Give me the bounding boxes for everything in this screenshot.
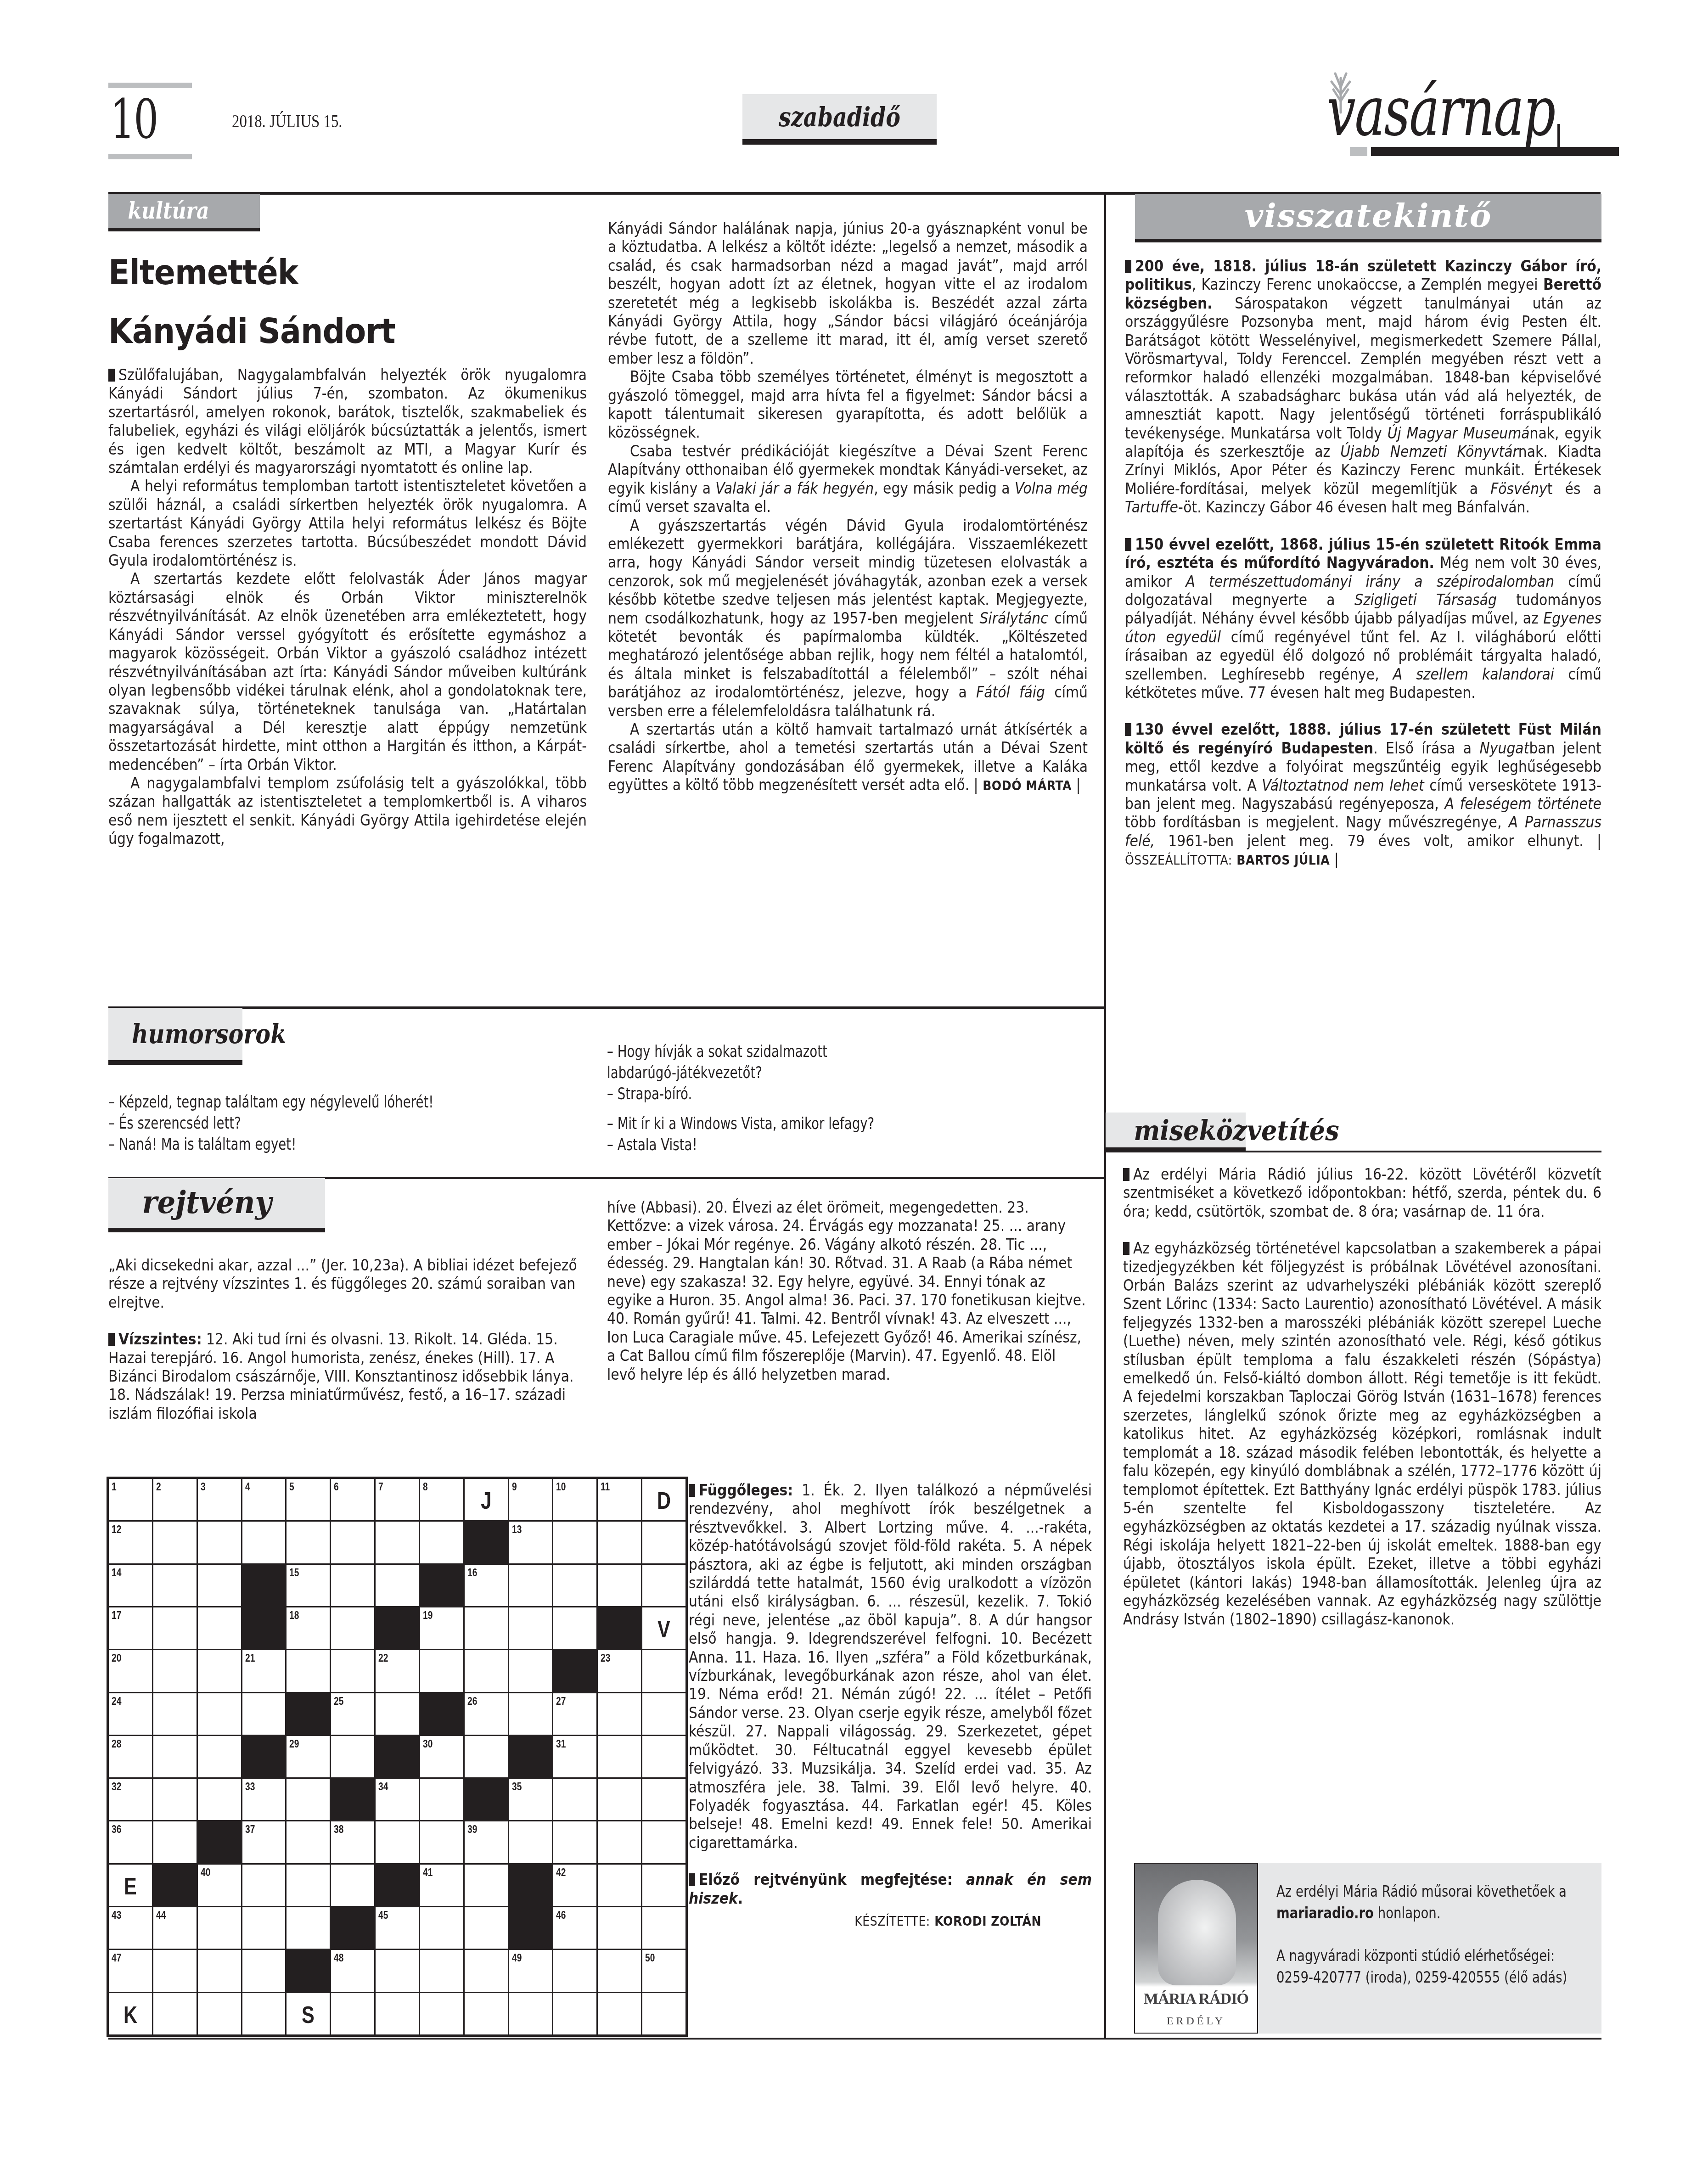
joke-3: – Mit ír ki a Windows Vista, amikor lefa… [607,1113,874,1156]
crossword-cell[interactable] [242,1950,286,1991]
crossword-clue-number: 8 [423,1482,428,1493]
article-paragraph: Böjte Csaba több személyes történetet, é… [608,368,1088,442]
crossword-cell[interactable]: 27 [553,1693,596,1735]
crossword-cell[interactable] [287,1779,330,1820]
crossword-cell[interactable]: 23 [598,1650,641,1691]
crossword-cell[interactable] [420,1950,463,1991]
crossword-clue-number: 18 [289,1610,299,1621]
paragraph-marker-icon [108,369,115,382]
retro-item: 200 éve, 1818. július 18-án született Ka… [1125,257,1601,517]
article-paragraph: Csaba testvér prédikációját kiegészítve … [608,442,1088,517]
article-paragraph: A szertartás kezdete előtt felolvasták Á… [108,570,587,774]
radio-ad: MÁRIA RÁDIÓ ERDÉLY Az erdélyi Mária Rádi… [1134,1863,1601,2034]
crossword-cell[interactable] [598,1693,641,1735]
crossword-cell[interactable]: 42 [553,1865,596,1906]
crossword-cell[interactable] [287,1522,330,1563]
crossword-clue-number: 5 [289,1482,294,1493]
crossword-cell[interactable] [198,1607,241,1649]
crossword-cell[interactable] [509,1821,552,1863]
crossword-block [242,1736,286,1777]
crossword-cell[interactable] [642,1821,685,1863]
brand-bar [1371,147,1619,156]
brand-name: vasárnap [1327,77,1555,146]
column-divider-puzzle [1104,1175,1106,2039]
crossword-block [598,1607,641,1649]
crossword-cell[interactable]: 43 [109,1907,152,1949]
puzzle-clues-down: Függőleges: 1. Ék. 2. Ilyen találkozó a … [689,1481,1092,1931]
crossword-block [420,1693,463,1735]
crossword-cell[interactable]: 46 [553,1907,596,1949]
crossword-cell[interactable] [642,1522,685,1563]
crossword-clue-number: 39 [467,1824,477,1835]
crossword-cell[interactable] [376,1522,419,1563]
crossword-cell[interactable] [331,1565,374,1606]
crossword-cell[interactable] [598,1993,641,2034]
puzzle-across: Vízszintes: 12. Aki tud írni és olvasni.… [108,1330,587,1423]
section-tab: szabadidő [742,94,937,145]
crossword-cell[interactable] [509,1650,552,1691]
paragraph-marker-icon [1125,260,1131,273]
paragraph-marker-icon [1125,538,1131,551]
crossword-cell[interactable] [198,1650,241,1691]
crossword-clue-number: 50 [645,1953,655,1964]
crossword-cell[interactable] [242,1865,286,1906]
paragraph-marker-icon [1125,723,1131,736]
crossword-clue-number: 44 [156,1910,166,1921]
crossword-cell[interactable]: 49 [509,1950,552,1991]
radio-contact: A nagyváradi központi stúdió elérhetőség… [1276,1945,1590,1989]
crossword-cell[interactable] [465,1607,508,1649]
crossword-cell[interactable] [331,1993,374,2034]
crossword-given-letter: S [291,2003,326,2027]
paragraph-marker-icon [1123,1242,1129,1255]
crossword-clue-number: 1 [112,1482,117,1493]
crossword-cell[interactable]: 14 [109,1565,152,1606]
crossword-cell[interactable] [553,1821,596,1863]
crossword-clue-number: 32 [112,1781,121,1793]
brand-logo: vasárnap [1327,69,1621,161]
crossword-grid[interactable]: 12345678J91011D1213141516171819V20212223… [107,1477,688,2037]
crossword-cell[interactable]: 26 [465,1693,508,1735]
mass-paragraph: Az egyházközség történetével kapcsolatba… [1123,1239,1601,1629]
section-label-retro: visszatekintő [1135,194,1601,242]
paragraph-marker-icon [689,1484,695,1497]
crossword-clue-number: 24 [112,1696,121,1707]
crossword-cell[interactable] [287,1821,330,1863]
crossword-clue-number: 36 [112,1824,121,1835]
crossword-cell[interactable]: J [465,1479,508,1520]
crossword-cell[interactable] [598,1865,641,1906]
crossword-cell[interactable]: 30 [420,1736,463,1777]
section-name: szabadidő [779,94,900,140]
crossword-clue-number: 30 [423,1739,433,1750]
puzzle-across-continued: híve (Abbasi). 20. Élvezi az élet örömei… [607,1198,1087,1384]
crossword-cell[interactable]: 44 [153,1907,197,1949]
crossword-block [153,1865,197,1906]
crossword-cell[interactable] [242,1993,286,2034]
crossword-clue-number: 2 [156,1482,161,1493]
crossword-clue-number: 45 [378,1910,388,1921]
retro-item: 130 évvel ezelőtt, 1888. július 17-én sz… [1125,720,1601,870]
crossword-cell[interactable] [331,1865,374,1906]
crossword-block [331,1779,374,1820]
crossword-block [420,1565,463,1606]
radio-logo-text: MÁRIA RÁDIÓ [1135,1991,1257,2007]
page-number-bar-bottom [108,154,192,159]
crossword-cell[interactable]: 28 [109,1736,152,1777]
crossword-clue-number: 23 [601,1653,610,1664]
crossword-cell[interactable]: 8 [420,1479,463,1520]
crossword-cell[interactable] [420,1907,463,1949]
crossword-cell[interactable]: 21 [242,1650,286,1691]
crossword-cell[interactable] [242,1907,286,1949]
article-column-1: Szülőfalujában, Nagygalambfalván helyezt… [108,366,587,848]
crossword-clue-number: 6 [334,1482,339,1493]
crossword-cell[interactable] [153,1650,197,1691]
crossword-cell[interactable] [198,1907,241,1949]
crossword-cell[interactable] [642,1736,685,1777]
crossword-block [287,1950,330,1991]
crossword-cell[interactable] [153,1950,197,1991]
crossword-cell[interactable] [465,1650,508,1691]
crossword-given-letter: K [113,2003,147,2027]
crossword-cell[interactable] [598,1907,641,1949]
crossword-cell[interactable]: 6 [331,1479,374,1520]
radio-ad-text: Az erdélyi Mária Rádió műsorai követhető… [1276,1881,1590,1989]
headline-line2: Kányádi Sándort [108,303,395,360]
crossword-cell[interactable]: 12 [109,1522,152,1563]
paragraph-marker-icon [1123,1168,1129,1181]
crossword-block [198,1821,241,1863]
crossword-cell[interactable]: 29 [287,1736,330,1777]
mass-rule [1106,1151,1601,1152]
crossword-clue-number: 28 [112,1739,121,1750]
article-column-2: Kányádi Sándor halálának napja, június 2… [608,219,1088,796]
joke-1: – Képzeld, tegnap találtam egy négylevel… [108,1092,433,1155]
article-paragraph: A helyi református templomban tartott is… [108,477,587,570]
crossword-clue-number: 14 [112,1568,121,1579]
paragraph-marker-icon [689,1873,695,1886]
crossword-cell[interactable] [376,1693,419,1735]
crossword-cell[interactable]: 2 [153,1479,197,1520]
crossword-clue-number: 42 [556,1867,566,1878]
crossword-clue-number: 34 [378,1781,388,1793]
madonna-figure-icon [1158,1880,1236,1985]
crossword-cell[interactable] [598,1565,641,1606]
article-paragraph: A gyászszertartás végén Dávid Gyula irod… [608,517,1088,720]
crossword-cell[interactable] [287,1650,330,1691]
crossword-cell[interactable]: 17 [109,1607,152,1649]
crossword-cell[interactable]: 15 [287,1565,330,1606]
puzzle-intro: „Aki dicsekedni akar, azzal ...” (Jer. 1… [108,1256,587,1312]
crossword-cell[interactable] [465,1950,508,1991]
crossword-clue-number: 12 [112,1524,121,1535]
crossword-cell[interactable] [153,1736,197,1777]
crossword-cell[interactable] [553,1565,596,1606]
section-label-culture: kultúra [108,194,260,231]
crossword-cell[interactable] [198,1693,241,1735]
crossword-block [553,1650,596,1691]
crossword-cell[interactable] [465,1907,508,1949]
bottom-rule [108,2038,1601,2040]
article-paragraph: A szertartás után a költő hamvait tartal… [608,720,1088,796]
crossword-cell[interactable] [642,1907,685,1949]
crossword-cell[interactable] [642,1693,685,1735]
crossword-cell[interactable]: 20 [109,1650,152,1691]
crossword-cell[interactable]: K [109,1993,152,2034]
crossword-clue-number: 17 [112,1610,121,1621]
crossword-cell[interactable] [331,1522,374,1563]
crossword-cell[interactable] [376,1993,419,2034]
crossword-cell[interactable] [198,1993,241,2034]
crossword-cell[interactable]: E [109,1865,152,1906]
crossword-cell[interactable]: 22 [376,1650,419,1691]
crossword-cell[interactable] [198,1779,241,1820]
crossword-cell[interactable] [420,1821,463,1863]
crossword-clue-number: 21 [245,1653,255,1664]
crossword-block [509,1907,552,1949]
puzzle-author: KÉSZÍTETTE: KORODI ZOLTÁN [689,1911,1092,1931]
crossword-clue-number: 26 [467,1696,477,1707]
crossword-clue-number: 38 [334,1824,343,1835]
mass-paragraph: Az erdélyi Mária Rádió július 16-22. köz… [1123,1165,1601,1221]
crossword-cell[interactable] [553,1607,596,1649]
crossword-clue-number: 25 [334,1696,343,1707]
crossword-clue-number: 49 [512,1953,522,1964]
crossword-clue-number: 48 [334,1953,343,1964]
crossword-cell[interactable] [553,1779,596,1820]
crossword-block [376,1736,419,1777]
crossword-block [465,1779,508,1820]
crossword-block [376,1865,419,1906]
crossword-clue-number: 41 [423,1867,433,1878]
crossword-cell[interactable] [420,1779,463,1820]
crossword-cell[interactable] [553,1950,596,1991]
crossword-block [242,1607,286,1649]
crossword-block [331,1907,374,1949]
crossword-cell[interactable] [509,1993,552,2034]
crossword-cell[interactable]: 7 [376,1479,419,1520]
crossword-clue-number: 3 [201,1482,206,1493]
crossword-cell[interactable] [242,1522,286,1563]
crossword-cell[interactable] [198,1565,241,1606]
crossword-block [376,1607,419,1649]
crossword-cell[interactable]: V [642,1607,685,1649]
crossword-clue-number: 13 [512,1524,522,1535]
crossword-cell[interactable] [376,1950,419,1991]
crossword-cell[interactable] [642,1993,685,2034]
crossword-clue-number: 37 [245,1824,255,1835]
paragraph-marker-icon [108,1333,115,1346]
crossword-cell[interactable]: 25 [331,1693,374,1735]
radio-logo-subtext: ERDÉLY [1135,2015,1257,2028]
crossword-cell[interactable]: 24 [109,1693,152,1735]
article-paragraph: Szülőfalujában, Nagygalambfalván helyezt… [108,366,587,477]
crossword-block [287,1693,330,1735]
crossword-clue-number: 10 [556,1482,566,1493]
crossword-clue-number: 16 [467,1568,477,1579]
crossword-block [242,1565,286,1606]
crossword-clue-number: 11 [601,1482,610,1493]
crossword-cell[interactable] [420,1522,463,1563]
crossword-cell[interactable]: 9 [509,1479,552,1520]
crossword-cell[interactable]: 1 [109,1479,152,1520]
crossword-clue-number: 27 [556,1696,566,1707]
crossword-block [465,1522,508,1563]
article-paragraph: A nagygalambfalvi templom zsúfolásig tel… [108,774,587,848]
crossword-cell[interactable]: D [642,1479,685,1520]
section-label-mass: miseközvetítés [1106,1113,1246,1152]
section-label-puzzle: rejtvény [108,1178,325,1232]
crossword-cell[interactable]: 47 [109,1950,152,1991]
crossword-cell[interactable]: 5 [287,1479,330,1520]
crossword-cell[interactable]: 39 [465,1821,508,1863]
crossword-cell[interactable] [509,1693,552,1735]
radio-logo-image: MÁRIA RÁDIÓ ERDÉLY [1134,1863,1258,2034]
crossword-cell[interactable] [287,1865,330,1906]
crossword-cell[interactable] [198,1950,241,1991]
crossword-cell[interactable]: 35 [509,1779,552,1820]
crossword-cell[interactable] [509,1607,552,1649]
crossword-block [509,1865,552,1906]
crossword-cell[interactable] [509,1565,552,1606]
crossword-cell[interactable] [153,1522,197,1563]
puzzle-previous-solution: Előző rejtvényünk megfejtése: annak én s… [689,1871,1092,1908]
crossword-cell[interactable] [153,1779,197,1820]
crossword-cell[interactable]: 37 [242,1821,286,1863]
brand-stem [1557,124,1560,150]
puzzle-clues-left: „Aki dicsekedni akar, azzal ...” (Jer. 1… [108,1256,587,1423]
crossword-block [509,1736,552,1777]
crossword-clue-number: 20 [112,1653,121,1664]
crossword-cell[interactable]: 16 [465,1565,508,1606]
crossword-cell[interactable] [153,1993,197,2034]
crossword-cell[interactable] [598,1779,641,1820]
crossword-cell[interactable] [198,1522,241,1563]
article-paragraph: Kányádi Sándor halálának napja, június 2… [608,219,1088,368]
crossword-given-letter: V [647,1618,681,1641]
crossword-cell[interactable]: S [287,1993,330,2034]
crossword-cell[interactable]: 3 [198,1479,241,1520]
crossword-cell[interactable] [153,1607,197,1649]
crossword-clue-number: 7 [378,1482,383,1493]
crossword-cell[interactable] [287,1907,330,1949]
crossword-cell[interactable]: 41 [420,1865,463,1906]
crossword-given-letter: J [469,1489,503,1513]
crossword-cell[interactable] [642,1865,685,1906]
crossword-clue-number: 31 [556,1739,566,1750]
crossword-cell[interactable] [642,1650,685,1691]
crossword-cell[interactable] [420,1993,463,2034]
crossword-cell[interactable]: 45 [376,1907,419,1949]
crossword-cell[interactable]: 31 [553,1736,596,1777]
crossword-cell[interactable] [198,1736,241,1777]
crossword-clue-number: 15 [289,1568,299,1579]
retro-column: 200 éve, 1818. július 18-án született Ka… [1125,257,1601,870]
crossword-clue-number: 29 [289,1739,299,1750]
crossword-cell[interactable]: 11 [598,1479,641,1520]
crossword-cell[interactable] [642,1779,685,1820]
crossword-cell[interactable]: 38 [331,1821,374,1863]
crossword-given-letter: D [647,1489,681,1513]
joke-2: – Hogy hívják a sokat szidalmazott labda… [607,1041,827,1105]
issue-date: 2018. JÚLIUS 15. [232,110,343,132]
crossword-clue-number: 19 [423,1610,433,1621]
crossword-clue-number: 33 [245,1781,255,1793]
crossword-cell[interactable]: 48 [331,1950,374,1991]
crossword-cell[interactable]: 34 [376,1779,419,1820]
crossword-cell[interactable] [465,1993,508,2034]
crossword-cell[interactable]: 10 [553,1479,596,1520]
page-number: 10 [110,92,157,146]
crossword-cell[interactable] [331,1650,374,1691]
crossword-cell[interactable] [153,1693,197,1735]
headline-line1: Eltemették [108,244,298,301]
crossword-cell[interactable] [465,1736,508,1777]
crossword-cell[interactable] [331,1736,374,1777]
crossword-cell[interactable]: 40 [198,1865,241,1906]
crossword-cell[interactable] [598,1522,641,1563]
brand-bar-accent [1350,147,1367,156]
crossword-cell[interactable]: 32 [109,1779,152,1820]
crossword-cell[interactable] [553,1522,596,1563]
crossword-given-letter: E [113,1875,147,1899]
crossword-cell[interactable]: 19 [420,1607,463,1649]
crossword-cell[interactable] [465,1865,508,1906]
crossword-cell[interactable] [553,1993,596,2034]
mass-column: Az erdélyi Mária Rádió július 16-22. köz… [1123,1165,1601,1629]
crossword-clue-number: 22 [378,1653,388,1664]
crossword-clue-number: 46 [556,1910,566,1921]
retro-item: 150 évvel ezelőtt, 1868. július 15-én sz… [1125,535,1601,702]
crossword-cell[interactable] [331,1607,374,1649]
crossword-cell[interactable]: 36 [109,1821,152,1863]
radio-website-link[interactable]: mariaradio.ro [1276,1904,1374,1922]
crossword-cell[interactable] [598,1821,641,1863]
crossword-cell[interactable] [153,1821,197,1863]
crossword-cell[interactable] [420,1650,463,1691]
crossword-cell[interactable] [376,1821,419,1863]
crossword-cell[interactable] [598,1950,641,1991]
crossword-clue-number: 35 [512,1781,522,1793]
puzzle-clues-middle: híve (Abbasi). 20. Élvezi az élet örömei… [607,1198,1087,1384]
crossword-clue-number: 43 [112,1910,121,1921]
article-byline: BODÓ MÁRTA [983,778,1072,793]
crossword-clue-number: 9 [512,1482,517,1493]
crossword-cell[interactable]: 4 [242,1479,286,1520]
crossword-cell[interactable] [242,1693,286,1735]
crossword-clue-number: 4 [245,1482,250,1493]
crossword-cell[interactable]: 13 [509,1522,552,1563]
crossword-cell[interactable] [598,1736,641,1777]
crossword-cell[interactable] [642,1565,685,1606]
crossword-cell[interactable]: 33 [242,1779,286,1820]
crossword-cell[interactable] [153,1565,197,1606]
crossword-cell[interactable] [376,1565,419,1606]
humor-rule [108,1006,1105,1009]
crossword-cell[interactable]: 50 [642,1950,685,1991]
puzzle-down: Függőleges: 1. Ék. 2. Ilyen találkozó a … [689,1481,1092,1852]
crossword-cell[interactable]: 18 [287,1607,330,1649]
crossword-clue-number: 47 [112,1953,121,1964]
crossword-clue-number: 40 [201,1867,210,1878]
section-label-humor: humorsorok [108,1008,242,1065]
retro-byline: BARTOS JÚLIA [1236,853,1330,868]
